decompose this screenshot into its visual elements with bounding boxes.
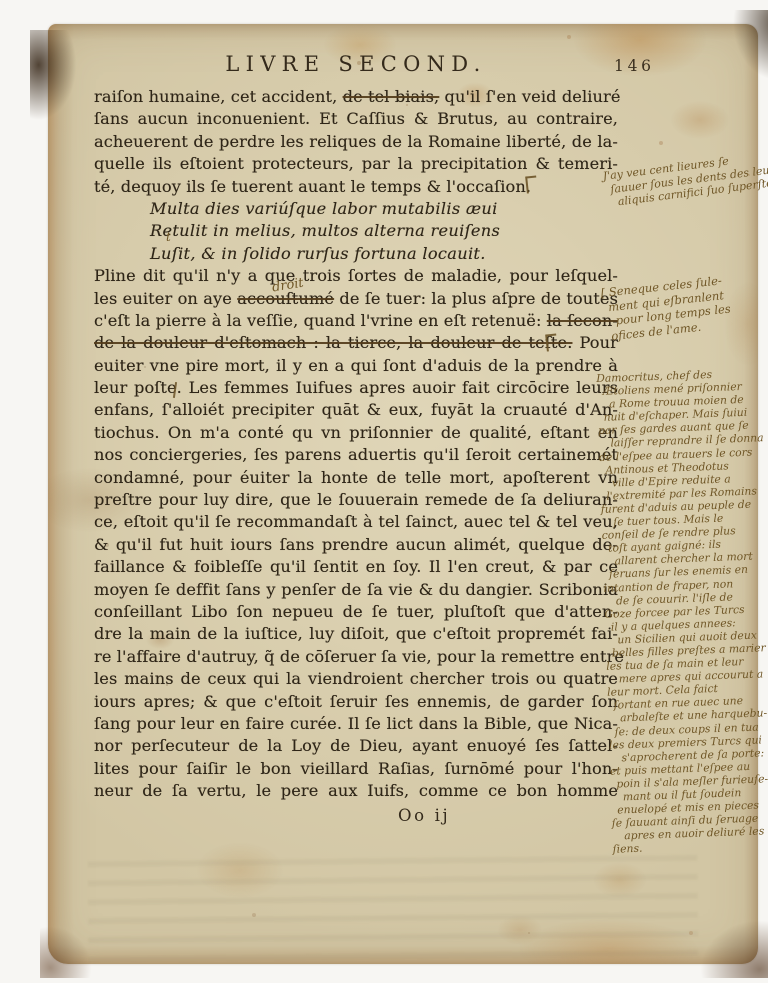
printed-text: enfans, ſ'alloiét precipiter quāt & eux,… (94, 400, 618, 419)
body-line: faillance & foibleſſe qu'il ſentit en ſo… (94, 556, 618, 578)
printed-text: de ſe tuer: la plus aſpre de toutes (334, 289, 618, 308)
body-line: ſang pour leur en faire curée. Il ſe lic… (94, 713, 618, 735)
struck-text: de tel biais, (343, 87, 440, 106)
printed-text: dre la main de la iuſtice, luy diſoit, q… (94, 624, 618, 643)
printed-text: neur de ſa vertu, le pere aux Iuifs, com… (94, 781, 618, 800)
body-line: Pline dit qu'il n'y a que trois ſortes d… (94, 265, 618, 287)
book-scan-backdrop: LIVRE SECOND. 146 raiſon humaine, cet ac… (0, 0, 768, 983)
printed-text: preſtre pour luy dire, que le ſouuerain … (94, 490, 618, 509)
struck-text: de la douleur d'eſtomach : la tierce, la… (94, 333, 572, 352)
body-line: dre la main de la iuſtice, luy diſoit, q… (94, 623, 618, 645)
body-line: enfans, ſ'alloiét precipiter quāt & eux,… (94, 399, 618, 421)
body-line: les mains de ceux qui la viendroient che… (94, 668, 618, 690)
printed-text: iours apres; & que c'eſtoit ſeruir ſes e… (94, 692, 618, 711)
margin-note-1: J'ay veu cent lieures ſeſauuer ſous les … (602, 142, 768, 210)
body-line: & qu'il fut huit iours ſans prendre aucu… (94, 534, 618, 556)
body-line: neur de ſa vertu, le pere aux Iuifs, com… (94, 780, 618, 802)
printed-text: tiochus. On m'a conté qu vn priſonnier d… (94, 423, 618, 442)
body-line: les euiter on aye accouſtumé de ſe tuer:… (94, 288, 618, 310)
printed-text: Retulit in melius, multos alterna reuiſe… (150, 221, 500, 240)
printed-text: ſang pour leur en faire curée. Il ſe lic… (94, 714, 618, 733)
printed-text: Luſit, & in ſolido rurſus fortuna locaui… (150, 244, 486, 263)
body-line: euiter vne pire mort, il y en a qui ſont… (94, 355, 618, 377)
printed-text: lites pour ſaiſir le bon vieillard Raſia… (94, 759, 618, 778)
body-line: raiſon humaine, cet accident, de tel bia… (94, 86, 618, 108)
page-corner-shadow (40, 926, 92, 978)
page-corner-shadow (30, 30, 78, 122)
body-line: condamné, pour éuiter la honte de telle … (94, 467, 618, 489)
body-line: iours apres; & que c'eſtoit ſeruir ſes e… (94, 691, 618, 713)
running-title: LIVRE SECOND. (94, 52, 618, 76)
printed-text: té, dequoy ils ſe tuerent auant le temps… (94, 177, 531, 196)
verso-showthrough (87, 851, 698, 975)
signature-mark: Oo ij (398, 806, 450, 825)
body-line: Multa dies variúſque labor mutabilis æui (94, 198, 618, 220)
page-corner-shadow (700, 920, 768, 978)
body-line: tiochus. On m'a conté qu vn priſonnier d… (94, 422, 618, 444)
paper-specks (48, 24, 50, 26)
printed-text: raiſon humaine, cet accident, (94, 87, 343, 106)
body-text: raiſon humaine, cet accident, de tel bia… (94, 86, 618, 803)
body-line: nor perſecuteur de la Loy de Dieu, ayant… (94, 735, 618, 757)
body-line: moyen ſe deffit ſans y penſer de ſa vie … (94, 579, 618, 601)
printed-text: moyen ſe deffit ſans y penſer de ſa vie … (94, 580, 618, 599)
margin-note-3: Damocritus, chef desÆtoliens mené priſon… (596, 364, 768, 856)
body-line: Retulit in melius, multos alterna reuiſe… (94, 220, 618, 242)
printed-text: acheuerent de perdre les reliques de la … (94, 132, 618, 151)
printed-text: quelle ils eſtoient protecteurs, par la … (94, 154, 618, 173)
printed-text: qu'il ſ'en veid deliuré (439, 87, 620, 106)
body-line: preſtre pour luy dire, que le ſouuerain … (94, 489, 618, 511)
printed-text: nos conciergeries, ſes parens aduertis q… (94, 445, 618, 464)
margin-note-2: [ Seneque celes ſule-ment qui eſbranlent… (600, 262, 768, 344)
printed-text: conſeillant Libo ſon nepueu de ſe tuer, … (94, 602, 618, 621)
body-line: ce, eſtoit qu'il ſe recommandaſt à tel ſ… (94, 511, 618, 533)
body-line: Luſit, & in ſolido rurſus fortuna locaui… (94, 243, 618, 265)
book-page: LIVRE SECOND. 146 raiſon humaine, cet ac… (48, 24, 758, 964)
printed-text: & qu'il fut huit iours ſans prendre aucu… (94, 535, 618, 554)
page-number: 146 (614, 57, 655, 75)
printed-text: les mains de ceux qui la viendroient che… (94, 669, 618, 688)
printed-text: Multa dies variúſque labor mutabilis æui (150, 199, 498, 218)
printed-text: ſans aucun inconuenient. Et Caſſius & Br… (94, 109, 618, 128)
body-line: lites pour ſaiſir le bon vieillard Raſia… (94, 758, 618, 780)
printed-text: re l'affaire d'autruy, q̃ de cōſeruer ſa… (94, 647, 624, 666)
body-line: acheuerent de perdre les reliques de la … (94, 131, 618, 153)
body-line: té, dequoy ils ſe tuerent auant le temps… (94, 176, 618, 198)
printed-text: euiter vne pire mort, il y en a qui ſont… (94, 356, 618, 375)
printed-text: c'eſt la pierre à la veſſie, quand l'vri… (94, 311, 547, 330)
handwritten-letter: t (166, 230, 171, 244)
body-line: de la douleur d'eſtomach : la tierce, la… (94, 332, 618, 354)
page-corner-shadow (730, 10, 768, 84)
body-line: quelle ils eſtoient protecteurs, par la … (94, 153, 618, 175)
printed-text: condamné, pour éuiter la honte de telle … (94, 468, 618, 487)
insertion-mark-icon (545, 333, 558, 351)
printed-text: faillance & foibleſſe qu'il ſentit en ſo… (94, 557, 618, 576)
body-line: ſans aucun inconuenient. Et Caſſius & Br… (94, 108, 618, 130)
insertion-mark-icon (525, 175, 538, 193)
body-line: conſeillant Libo ſon nepueu de ſe tuer, … (94, 601, 618, 623)
printed-text: Pline dit qu'il n'y a que trois ſortes d… (94, 266, 618, 285)
printed-text: nor perſecuteur de la Loy de Dieu, ayant… (94, 736, 618, 755)
body-line: c'eſt la pierre à la veſſie, quand l'vri… (94, 310, 618, 332)
printed-text: les euiter on aye (94, 289, 237, 308)
body-line: nos conciergeries, ſes parens aduertis q… (94, 444, 618, 466)
printed-text: ce, eſtoit qu'il ſe recommandaſt à tel ſ… (94, 512, 618, 531)
body-line: re l'affaire d'autruy, q̃ de cōſeruer ſa… (94, 646, 618, 668)
